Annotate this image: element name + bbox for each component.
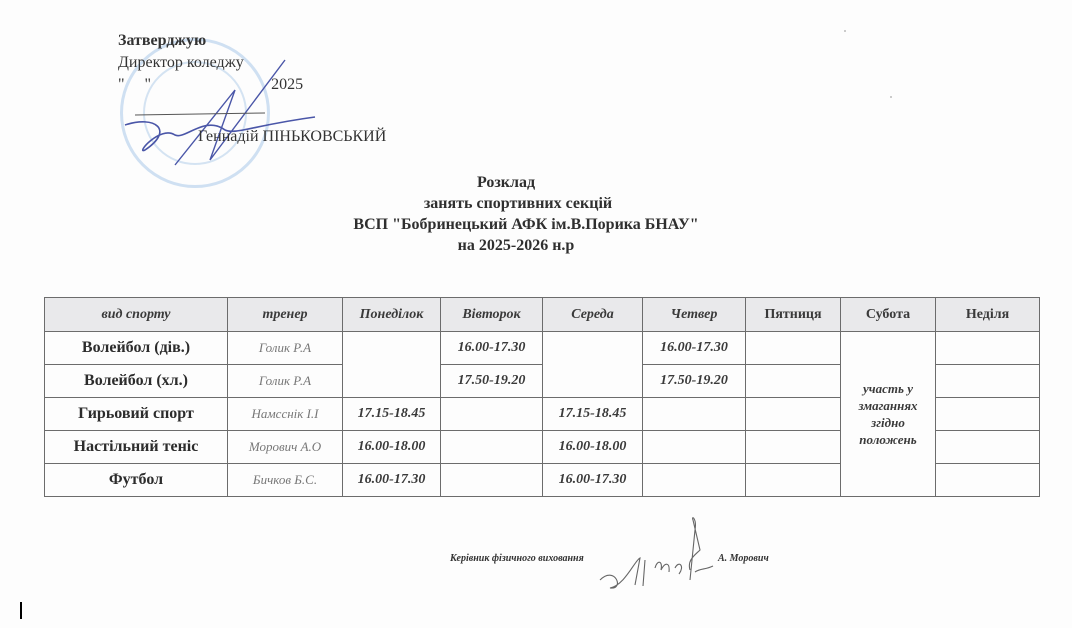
sport-cell: Волейбол (дів.) [45,332,228,365]
sunday-cell [936,398,1040,431]
sport-cell: Гирьовий спорт [45,398,228,431]
text-cursor [20,602,22,619]
thursday-cell [643,431,746,464]
sunday-cell [936,464,1040,497]
approval-date: " " 2025 [118,74,303,96]
saturday-note-line: участь у [841,380,935,397]
friday-cell [746,332,841,365]
pe-head-signature [595,510,715,595]
director-name: Геннадій ПІНЬКОВСЬКИЙ [198,126,386,148]
approval-block: Затверджую Директор коледжу " " 2025 Ген… [118,30,303,96]
footer-role: Керівник фізичного виховання [450,553,584,564]
approval-position: Директор коледжу [118,52,303,74]
sunday-cell [936,431,1040,464]
table-row: Волейбол (дів.) Голик Р.А 16.00-17.30 16… [45,332,1040,365]
wednesday-cell: 16.00-18.00 [543,431,643,464]
wednesday-cell: 17.15-18.45 [543,398,643,431]
coach-cell: Морович А.О [228,431,343,464]
sport-cell: Волейбол (хл.) [45,365,228,398]
saturday-note-cell: участь у змаганнях згідно положень [841,332,936,497]
friday-cell [746,431,841,464]
document-title: Розклад занять спортивних секцій ВСП "Бо… [0,172,1072,256]
wednesday-cell [543,332,643,398]
coach-cell: Намсснік І.І [228,398,343,431]
schedule-table: вид спорту тренер Понеділок Вівторок Сер… [44,297,1040,497]
tuesday-cell [441,431,543,464]
header-sport: вид спорту [45,298,228,332]
friday-cell [746,464,841,497]
saturday-note-line: згідно [841,414,935,431]
monday-cell: 16.00-17.30 [343,464,441,497]
scan-speck [844,30,846,32]
monday-cell [343,332,441,398]
friday-cell [746,365,841,398]
header-saturday: Субота [841,298,936,332]
header-coach: тренер [228,298,343,332]
tuesday-cell: 16.00-17.30 [441,332,543,365]
tuesday-cell: 17.50-19.20 [441,365,543,398]
sport-cell: Настільний теніс [45,431,228,464]
table-header-row: вид спорту тренер Понеділок Вівторок Сер… [45,298,1040,332]
title-line-4: на 2025-2026 н.р [0,235,1052,256]
sunday-cell [936,365,1040,398]
title-line-2: занять спортивних секцій [0,193,1054,214]
friday-cell [746,398,841,431]
header-thursday: Четвер [643,298,746,332]
thursday-cell [643,398,746,431]
saturday-note-line: змаганнях [841,397,935,414]
coach-cell: Голик Р.А [228,365,343,398]
coach-cell: Голик Р.А [228,332,343,365]
monday-cell: 16.00-18.00 [343,431,441,464]
header-sunday: Неділя [936,298,1040,332]
tuesday-cell [441,398,543,431]
saturday-note-line: положень [841,431,935,448]
title-line-1: Розклад [0,172,1042,193]
wednesday-cell: 16.00-17.30 [543,464,643,497]
monday-cell: 17.15-18.45 [343,398,441,431]
header-monday: Понеділок [343,298,441,332]
footer-name: А. Морович [718,553,769,564]
sport-cell: Футбол [45,464,228,497]
tuesday-cell [441,464,543,497]
sunday-cell [936,332,1040,365]
thursday-cell: 16.00-17.30 [643,332,746,365]
header-wednesday: Середа [543,298,643,332]
approval-heading: Затверджую [118,30,303,52]
scan-speck [890,96,892,98]
coach-cell: Бичков Б.С. [228,464,343,497]
header-tuesday: Вівторок [441,298,543,332]
header-friday: Пятниця [746,298,841,332]
thursday-cell [643,464,746,497]
thursday-cell: 17.50-19.20 [643,365,746,398]
title-line-3: ВСП "Бобринецький АФК ім.В.Порика БНАУ" [0,214,1062,235]
